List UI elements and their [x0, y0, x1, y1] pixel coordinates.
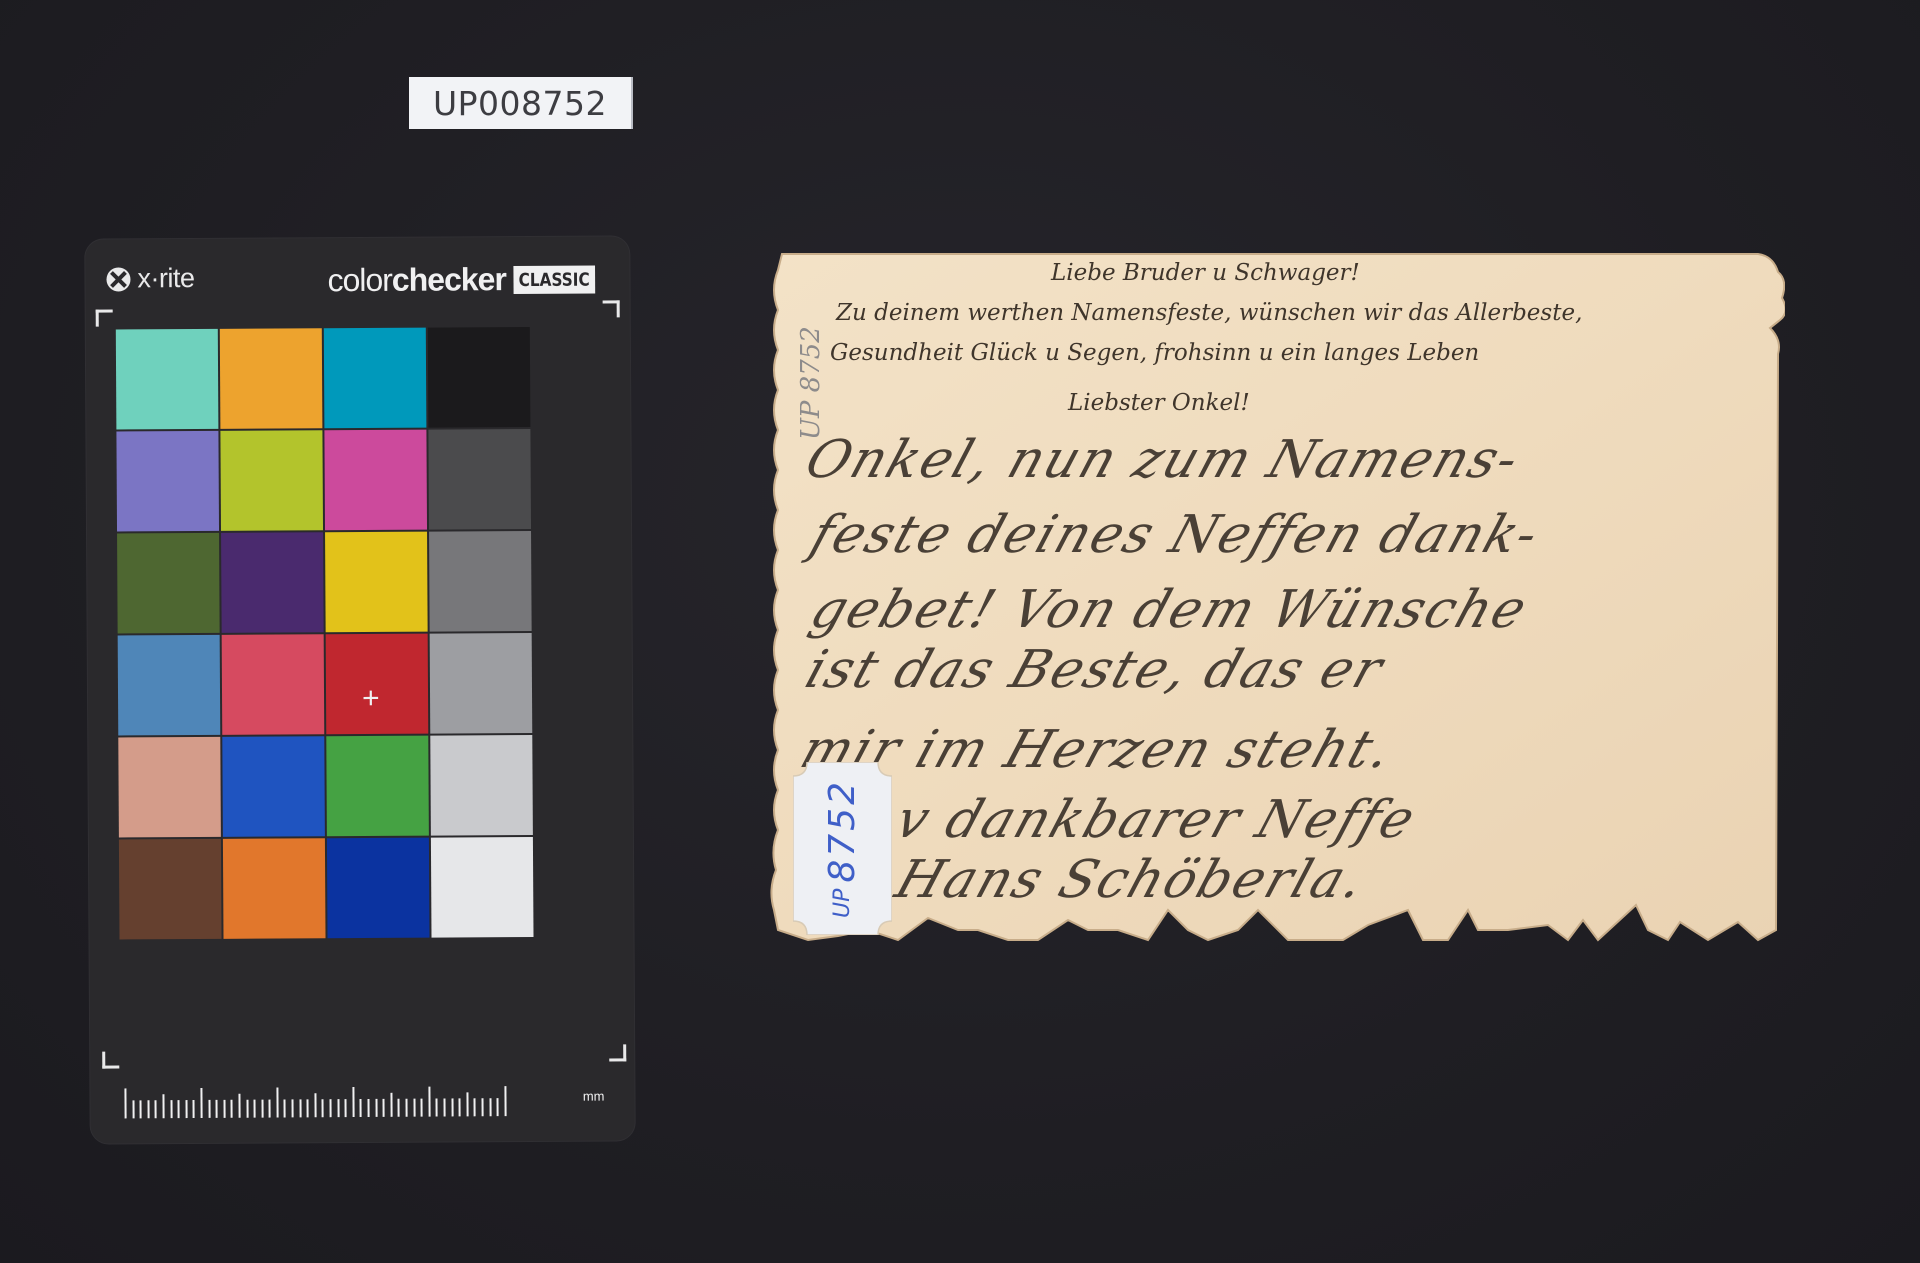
- color-patch: [324, 328, 427, 429]
- ruler-tick: [246, 1100, 248, 1118]
- xrite-brand: x·rite: [105, 263, 194, 295]
- ruler-tick: [322, 1099, 324, 1117]
- ruler-tick: [345, 1099, 347, 1117]
- ruler-tick: [162, 1094, 164, 1118]
- ruler-tick: [398, 1099, 400, 1117]
- ruler-tick: [208, 1100, 210, 1118]
- color-patch: [117, 533, 220, 634]
- color-patch: [119, 839, 222, 940]
- handwriting-line: Gesundheit Glück u Segen, frohsinn u ein…: [830, 340, 1479, 366]
- colorchecker-title: color checker CLASSIC: [327, 260, 609, 299]
- color-patch: [222, 736, 325, 837]
- ruler-tick: [170, 1100, 172, 1118]
- ruler-tick: [140, 1100, 142, 1118]
- accession-number-text: UP008752: [433, 84, 607, 123]
- corner-mark-bottom-right-icon: [609, 1044, 626, 1061]
- ruler-tick: [383, 1099, 385, 1117]
- colorchecker-title-bold: checker: [392, 261, 506, 299]
- corner-mark-bottom-left-icon: [102, 1051, 119, 1068]
- sticker-handwriting: UP 8752: [756, 799, 929, 898]
- ruler-tick: [299, 1099, 301, 1117]
- ruler-tick: [261, 1100, 263, 1118]
- ruler-tick: [216, 1100, 218, 1118]
- sticker-prefix: UP: [830, 889, 855, 918]
- postcard: UP 8752 Liebe Bruder u Schwager! Zu dein…: [768, 250, 1785, 950]
- ruler-tick: [337, 1099, 339, 1117]
- corner-mark-top-left-icon: [96, 310, 113, 327]
- color-patch: [326, 736, 429, 837]
- ruler-tick: [459, 1098, 461, 1116]
- color-patch: [428, 429, 531, 530]
- color-patch: [220, 430, 323, 531]
- ruler-tick: [307, 1099, 309, 1117]
- ruler-tick: [352, 1087, 354, 1117]
- xrite-brand-text: x·rite: [137, 263, 194, 294]
- ruler-tick: [178, 1100, 180, 1118]
- ruler-tick: [200, 1088, 202, 1118]
- corner-mark-top-right-icon: [603, 300, 620, 317]
- handwriting-line: Onkel, nun zum Namens-: [798, 430, 1528, 490]
- color-checker-card: x·rite color checker CLASSIC + mm: [85, 236, 635, 1143]
- handwriting-line: gebet! Von dem Wünsche: [803, 580, 1535, 640]
- ruler-tick: [375, 1099, 377, 1117]
- handwriting-line: Liebster Onkel!: [1068, 390, 1250, 416]
- accession-number-label: UP008752: [409, 77, 633, 129]
- color-patch: [430, 735, 533, 836]
- color-patch: [325, 532, 428, 633]
- ruler-tick: [390, 1093, 392, 1117]
- ruler-tick: [238, 1094, 240, 1118]
- ruler-tick: [269, 1100, 271, 1118]
- crosshair-icon: +: [362, 684, 380, 714]
- inventory-sticker: UP 8752: [793, 762, 892, 935]
- ruler-tick: [124, 1088, 126, 1118]
- ruler-tick: [481, 1098, 483, 1116]
- color-patch: [220, 328, 323, 429]
- ruler-tick: [292, 1099, 294, 1117]
- ruler-tick: [360, 1099, 362, 1117]
- ruler-tick: [443, 1098, 445, 1116]
- color-patch: [324, 430, 427, 531]
- mm-ruler: [124, 1082, 574, 1119]
- ruler-tick: [155, 1100, 157, 1118]
- color-patch: [116, 431, 219, 532]
- ruler-tick: [223, 1100, 225, 1118]
- ruler-tick: [330, 1099, 332, 1117]
- color-patch: [118, 737, 221, 838]
- ruler-tick: [504, 1086, 506, 1116]
- ruler-tick: [276, 1088, 278, 1118]
- handwriting-line: feste deines Neffen dank-: [803, 505, 1547, 565]
- ruler-tick: [428, 1087, 430, 1117]
- color-patch: [428, 327, 531, 428]
- color-patch: [221, 532, 324, 633]
- xrite-logo-icon: [105, 266, 131, 292]
- color-patch: [223, 838, 326, 939]
- ruler-tick: [451, 1098, 453, 1116]
- ruler-tick: [132, 1100, 134, 1118]
- ruler-tick: [185, 1100, 187, 1118]
- handwriting-line: ist das Beste, das er: [798, 640, 1391, 700]
- ruler-tick: [497, 1098, 499, 1116]
- color-patch: [429, 531, 532, 632]
- color-patch: [430, 633, 533, 734]
- color-patch: [118, 635, 221, 736]
- ruler-tick: [284, 1099, 286, 1117]
- handwriting-line: v dankbarer Neffe: [888, 790, 1424, 850]
- sticker-number: 8752: [822, 779, 863, 883]
- handwriting-line: Zu deinem werthen Namensfeste, wünschen …: [836, 300, 1582, 326]
- ruler-tick: [367, 1099, 369, 1117]
- ruler-unit-label: mm: [583, 1089, 605, 1104]
- color-patch: [116, 329, 219, 430]
- handwriting-line: Hans Schöberla.: [888, 850, 1373, 910]
- ruler-tick: [405, 1099, 407, 1117]
- ruler-tick: [436, 1099, 438, 1117]
- ruler-tick: [254, 1100, 256, 1118]
- color-patch: [222, 634, 325, 735]
- ruler-tick: [466, 1092, 468, 1116]
- ruler-tick: [489, 1098, 491, 1116]
- ruler-tick: [231, 1100, 233, 1118]
- ruler-tick: [413, 1099, 415, 1117]
- ruler-tick: [421, 1099, 423, 1117]
- color-patch: [431, 837, 534, 938]
- colorchecker-title-light: color: [327, 262, 392, 299]
- handwriting-line: Liebe Bruder u Schwager!: [1051, 260, 1360, 286]
- color-patch: [327, 838, 430, 939]
- ruler-tick: [474, 1098, 476, 1116]
- classic-badge: CLASSIC: [514, 265, 595, 293]
- ruler-tick: [147, 1100, 149, 1118]
- ruler-tick: [314, 1093, 316, 1117]
- ruler-tick: [193, 1100, 195, 1118]
